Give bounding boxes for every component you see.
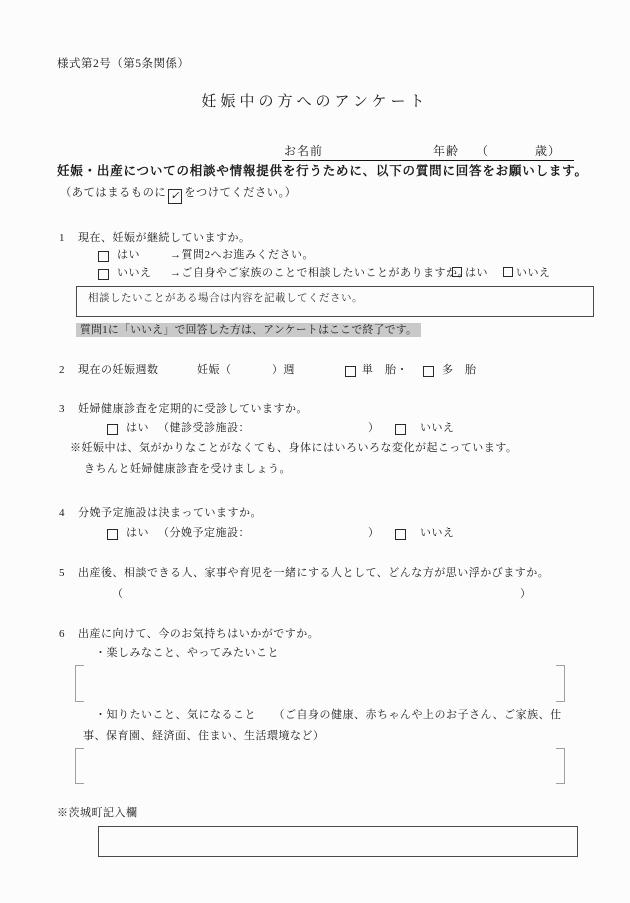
name-field[interactable] [327,140,427,158]
intro-statement: 妊娠・出産についての相談や情報提供を行うために、以下の質問に回答をお願いします。 [57,164,588,179]
q1-text: 現在、妊娠が継続していますか。 [78,231,251,246]
q1-end-note-line: 質問1に「いいえ」で回答した方は、アンケートはここで終了です。 [76,323,421,338]
q6-item2-line2: 事、保育園、経済面、住まい、生活環境など） [83,729,325,744]
q2-multiple-checkbox[interactable] [423,366,434,377]
q1-number: 1 [59,231,65,246]
checked-checkbox-sample-icon: ✓ [168,189,182,204]
q5-paren-close: ） [520,587,532,602]
q1-end-note: 質問1に「いいえ」で回答した方は、アンケートはここで終了です。 [76,323,421,337]
q1-sub-no-option[interactable]: いいえ [503,266,551,281]
q6-concerns-box[interactable] [75,748,565,784]
q3-no-label: いいえ [420,421,455,436]
right-bracket-icon [556,665,565,702]
left-bracket-icon [75,748,84,784]
age-open-paren: （ [476,142,489,159]
name-age-row: お名前 年齢 （ 歳） [282,140,574,161]
q3-no-checkbox[interactable] [395,424,406,435]
q4-no-checkbox[interactable] [395,529,406,540]
q2-weeks-close: ）週 [272,363,295,378]
q3-facility-field[interactable] [255,421,363,436]
q4-facility-close: ） [368,526,380,541]
q4-yes-checkbox[interactable] [107,529,118,540]
age-field[interactable] [490,140,532,158]
q1-sub-yes-checkbox[interactable] [452,267,462,277]
q2-single-label: 単 胎・ [362,363,408,378]
age-unit: 歳） [535,142,561,159]
check-instruction: （あてはまるものに✓をつけてください。） [60,186,297,204]
q6-item1-label: ・楽しみなこと、やってみたいこと [95,646,279,661]
q1-consult-box[interactable]: 相談したいことがある場合は内容を記載してください。 [76,286,594,317]
q3-text: 妊婦健康診査を定期的に受診していますか。 [78,402,308,417]
q2-weeks-open: 妊娠（ [197,363,232,378]
q1-sub-no-checkbox[interactable] [503,267,513,277]
left-bracket-icon [75,665,84,702]
q4-facility-field[interactable] [255,526,363,541]
q1-sub-yes-option[interactable]: はい [452,266,488,281]
q2-weeks-field[interactable] [232,363,270,378]
office-use-label: ※茨城町記入欄 [57,806,138,821]
q5-paren-open: （ [112,587,124,602]
name-label: お名前 [284,142,323,159]
q4-facility-open: （分娩予定施設： [158,526,250,541]
check-instruction-post: をつけてください。） [184,187,296,199]
q3-note-line1: ※妊娠中は、気がかりなことがなくても、身体にはいろいろな変化が起こっています。 [70,441,517,456]
q6-number: 6 [59,627,65,642]
q2-text: 現在の妊娠週数 [78,363,159,378]
q4-number: 4 [59,506,65,521]
q4-text: 分娩予定施設は決まっていますか。 [78,506,262,521]
page-title: 妊娠中の方へのアンケート [0,95,630,110]
right-bracket-icon [556,748,565,784]
q1-sub-yes-label: はい [465,267,488,279]
check-instruction-pre: （あてはまるものに [60,187,166,199]
q1-consult-box-note: 相談したいことがある場合は内容を記載してください。 [88,291,363,306]
q1-no-checkbox[interactable] [98,269,109,280]
q1-yes-note: →質問2へお進みください。 [170,248,314,263]
q5-number: 5 [59,566,65,581]
q3-facility-open: （健診受診施設： [158,421,250,436]
q2-single-checkbox[interactable] [345,366,356,377]
q6-text: 出産に向けて、今のお気持ちはいかがですか。 [78,627,319,642]
q5-text: 出産後、相談できる人、家事や育児を一緒にする人として、どんな方が思い浮かびますか… [78,566,549,581]
age-label: 年齢 [433,142,459,159]
q3-note-line2: きちんと妊婦健康診査を受けましょう。 [84,462,291,477]
q4-yes-label: はい [126,526,149,541]
office-use-box[interactable] [98,826,578,857]
q1-no-note: →ご自身やご家族のことで相談したいことがありますか。 [170,266,469,281]
q2-number: 2 [59,363,65,378]
q4-no-label: いいえ [420,526,455,541]
q1-no-label: いいえ [117,266,152,281]
form-code: 様式第2号（第5条関係） [57,57,190,72]
q1-sub-no-label: いいえ [516,267,551,279]
q5-answer-field[interactable] [130,587,515,602]
q1-yes-label: はい [117,248,140,263]
q3-yes-checkbox[interactable] [107,424,118,435]
q6-item2-line1: ・知りたいこと、気になること （ご自身の健康、赤ちゃんや上のお子さん、ご家族、仕 [95,708,562,723]
q3-facility-close: ） [368,421,380,436]
q2-multiple-label: 多 胎 [442,363,477,378]
q6-looking-forward-box[interactable] [75,665,565,702]
q1-yes-checkbox[interactable] [98,251,109,262]
q3-number: 3 [59,402,65,417]
q3-yes-label: はい [126,421,149,436]
questionnaire-page: 様式第2号（第5条関係） 妊娠中の方へのアンケート お名前 年齢 （ 歳） 妊娠… [0,0,630,903]
